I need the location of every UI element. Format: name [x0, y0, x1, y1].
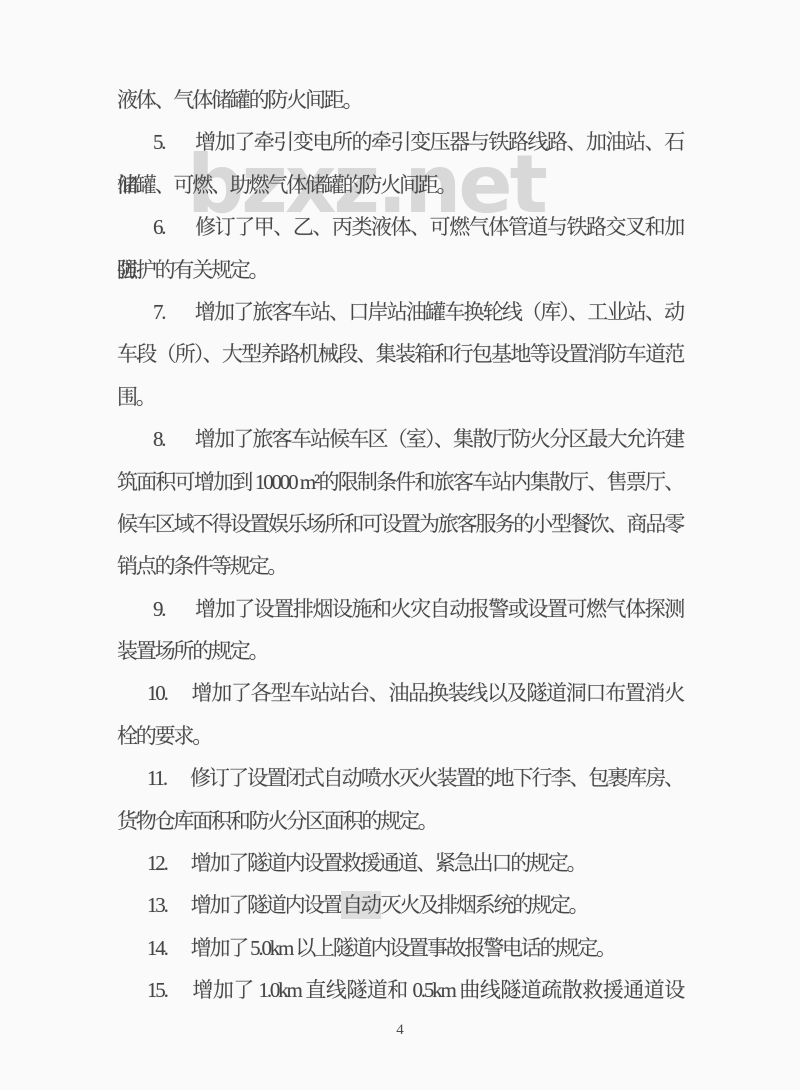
text-line: 销点的条件等规定。 — [117, 545, 683, 587]
line-text: 销点的条件等规定。 — [117, 554, 286, 578]
text-line: 液体、气体储罐的防火间距。 — [117, 79, 683, 121]
page-number: 4 — [0, 1022, 800, 1039]
item-number: 11. — [147, 766, 166, 790]
line-text: 灭火及排烟系统的规定。 — [381, 893, 588, 917]
document-page: bzxz.net 液体、气体储罐的防火间距。5.增加了牵引变电所的牵引变压器与铁… — [0, 0, 800, 1090]
line-text: 栓的要求。 — [117, 724, 211, 748]
text-line: 围。 — [117, 376, 683, 418]
text-line: 候车区域不得设置娱乐场所和可设置为旅客服务的小型餐饮、商品零 — [117, 503, 683, 545]
line-text: 增加了 5.0km 以上隧道内设置事故报警电话的规定。 — [191, 936, 615, 960]
text-line: 栓的要求。 — [117, 715, 683, 757]
line-text: 增加了旅客车站、口岸站油罐车换轮线（库）、工业站、动 — [194, 300, 683, 324]
item-number: 5. — [153, 130, 164, 154]
item-number: 6. — [153, 215, 164, 239]
line-text: 增加了 1.0km 直线隧道和 0.5km 曲线隧道疏散救援通道设 — [191, 978, 683, 1002]
text-line: 11.修订了设置闭式自动喷水灭火装置的地下行李、包裹库房、 — [117, 757, 683, 799]
text-line: 6.修订了甲、乙、丙类液体、可燃气体管道与铁路交叉和加强 — [117, 206, 683, 248]
item-number: 7. — [153, 300, 164, 324]
line-text: 筑面积可增加到 10000 m²的限制条件和旅客车站内集散厅、售票厅、 — [117, 470, 683, 494]
text-line: 10.增加了各型车站站台、油品换装线以及隧道洞口布置消火 — [117, 672, 683, 714]
text-line: 筑面积可增加到 10000 m²的限制条件和旅客车站内集散厅、售票厅、 — [117, 461, 683, 503]
item-number: 8. — [153, 427, 164, 451]
line-text: 液体、气体储罐的防火间距。 — [117, 88, 361, 112]
text-line: 15.增加了 1.0km 直线隧道和 0.5km 曲线隧道疏散救援通道设 — [117, 969, 683, 1011]
item-number: 13. — [147, 893, 167, 917]
text-line: 12.增加了隧道内设置救援通道、紧急出口的规定。 — [117, 842, 683, 884]
item-number: 10. — [147, 681, 167, 705]
text-line: 车段（所）、大型养路机械段、集装箱和行包基地等设置消防车道范 — [117, 333, 683, 375]
line-text: 修订了设置闭式自动喷水灭火装置的地下行李、包裹库房、 — [190, 766, 683, 790]
item-number: 15. — [147, 978, 167, 1002]
line-text: 装置场所的规定。 — [117, 639, 267, 663]
text-line: 14.增加了 5.0km 以上隧道内设置事故报警电话的规定。 — [117, 927, 683, 969]
line-text: 候车区域不得设置娱乐场所和可设置为旅客服务的小型餐饮、商品零 — [117, 512, 683, 536]
line-text: 储罐、可燃、助燃气体储罐的防火间距。 — [117, 173, 455, 197]
text-line: 防护的有关规定。 — [117, 249, 683, 291]
highlighted-text: 自动 — [341, 891, 381, 919]
text-line: 储罐、可燃、助燃气体储罐的防火间距。 — [117, 164, 683, 206]
item-number: 9. — [153, 597, 164, 621]
line-text: 增加了旅客车站候车区（室）、集散厅防火分区最大允许建 — [194, 427, 683, 451]
item-number: 14. — [147, 936, 167, 960]
line-text: 围。 — [117, 385, 155, 409]
text-line: 9.增加了设置排烟设施和火灾自动报警或设置可燃气体探测 — [117, 588, 683, 630]
text-line: 5.增加了牵引变电所的牵引变压器与铁路线路、加油站、石油 — [117, 121, 683, 163]
line-text: 货物仓库面积和防火分区面积的规定。 — [117, 809, 437, 833]
line-text: 增加了隧道内设置救援通道、紧急出口的规定。 — [191, 851, 586, 875]
text-lines: 液体、气体储罐的防火间距。5.增加了牵引变电所的牵引变压器与铁路线路、加油站、石… — [117, 79, 683, 1012]
line-text: 增加了各型车站站台、油品换装线以及隧道洞口布置消火 — [191, 681, 683, 705]
text-line: 13.增加了隧道内设置自动灭火及排烟系统的规定。 — [117, 884, 683, 926]
line-text: 防护的有关规定。 — [117, 258, 267, 282]
text-line: 货物仓库面积和防火分区面积的规定。 — [117, 800, 683, 842]
line-text: 增加了设置排烟设施和火灾自动报警或设置可燃气体探测 — [194, 597, 683, 621]
text-line: 装置场所的规定。 — [117, 630, 683, 672]
text-line: 7.增加了旅客车站、口岸站油罐车换轮线（库）、工业站、动 — [117, 291, 683, 333]
item-number: 12. — [147, 851, 167, 875]
line-text: 增加了隧道内设置 — [191, 893, 341, 917]
text-line: 8.增加了旅客车站候车区（室）、集散厅防火分区最大允许建 — [117, 418, 683, 460]
line-text: 车段（所）、大型养路机械段、集装箱和行包基地等设置消防车道范 — [117, 342, 683, 366]
